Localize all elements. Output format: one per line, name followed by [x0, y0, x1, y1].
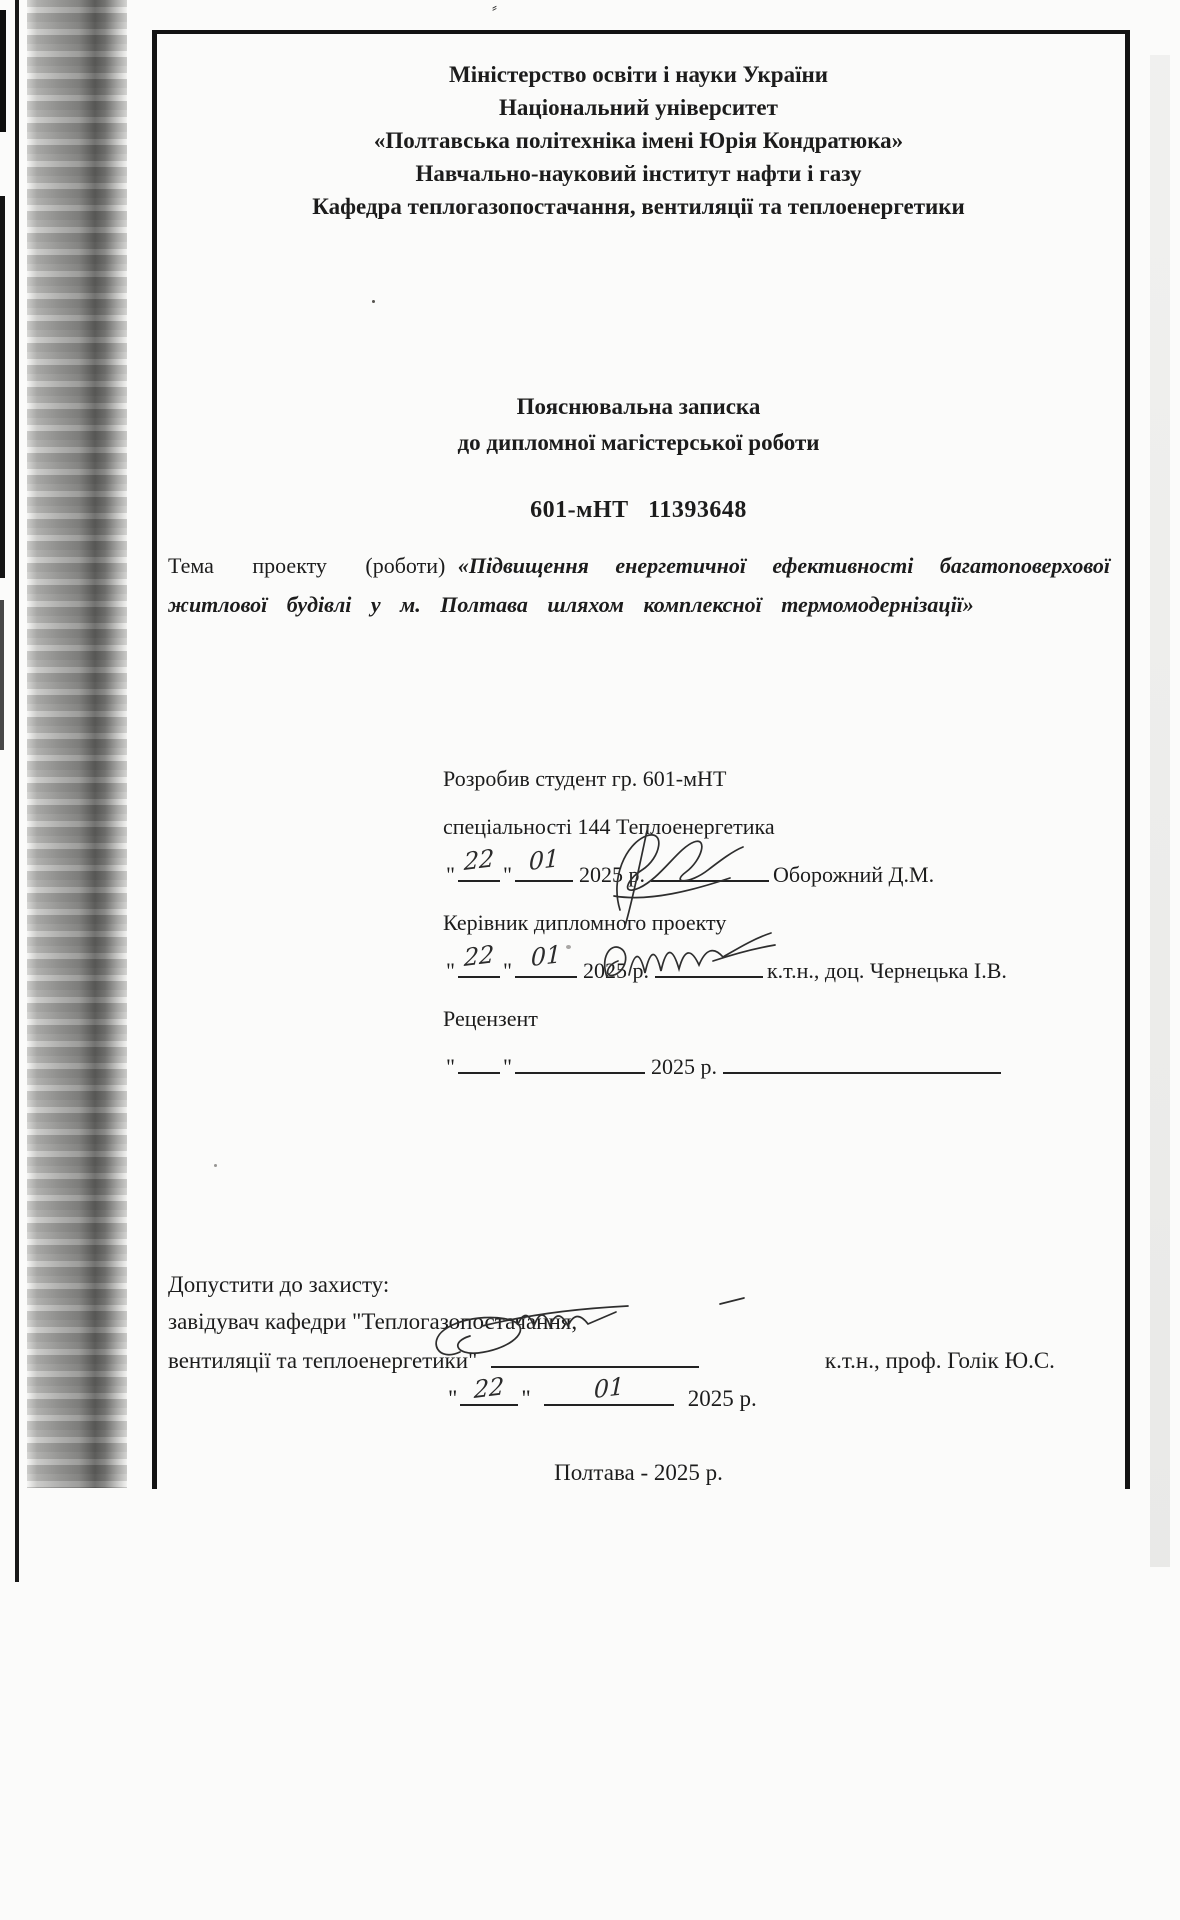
developer-date-line: "22"012025 р.Оборожний Д.М. [443, 851, 1143, 899]
quote-mark: " [443, 862, 458, 887]
thesis-topic: Тема проекту (роботи) «Підвищення енерге… [168, 546, 1110, 624]
quote-mark: " [443, 1054, 458, 1079]
quote-mark: " [500, 1054, 515, 1079]
handwritten-day: 22 [463, 834, 494, 886]
developer-signature [590, 818, 750, 928]
scan-mark: ⸗ [492, 0, 497, 17]
university-line: Національний університет [157, 91, 1120, 124]
scan-edge-artifact [0, 600, 4, 750]
developer-name: Оборожний Д.М. [773, 862, 934, 887]
supervisor-date-line: "22"012025 р.к.т.н., доц. Чернецька І.В. [443, 947, 1143, 995]
topic-label: Тема проекту (роботи) [168, 553, 445, 578]
scan-edge-artifact [0, 196, 5, 578]
scan-right-strip [1150, 55, 1170, 1567]
supervisor-name: к.т.н., доц. Чернецька І.В. [767, 958, 1007, 983]
scan-binding-shadow [27, 0, 127, 1488]
institution-header: Міністерство освіти і науки України Наці… [157, 58, 1120, 223]
year-text: 2025 р. [651, 1054, 717, 1079]
university-name-line: «Полтавська політехніка імені Юрія Кондр… [157, 124, 1120, 157]
document-title-line1: Пояснювальна записка [157, 394, 1120, 420]
department-head-name: к.т.н., проф. Голік Ю.С. [825, 1348, 1055, 1373]
month-blank: 01 [515, 950, 577, 978]
supervisor-signature [595, 925, 780, 997]
scan-edge-artifact [0, 10, 6, 132]
quote-mark: " [500, 958, 515, 983]
month-blank: 01 [515, 854, 573, 882]
day-blank [458, 1046, 500, 1074]
day-blank: 22 [458, 950, 500, 978]
reviewer-signature-blank [723, 1046, 1001, 1074]
institute-line: Навчально-науковий інститут нафти і газу [157, 157, 1120, 190]
reviewer-date-line: ""2025 р. [443, 1043, 1143, 1091]
department-head-signature [420, 1290, 760, 1390]
quote-mark: " [443, 958, 458, 983]
handwritten-month: 01 [528, 834, 559, 886]
scanned-title-page: ⸗ Міністерство освіти і науки України На… [0, 0, 1180, 1920]
quote-mark: " [500, 862, 515, 887]
handwritten-month: 01 [530, 930, 561, 982]
city-year-line: Полтава - 2025 р. [157, 1460, 1120, 1486]
scan-edge-line [15, 0, 19, 1582]
reviewer-role-line: Рецензент [443, 995, 1143, 1043]
department-line: Кафедра теплогазопостачання, вентиляції … [157, 190, 1120, 223]
handwritten-day: 22 [463, 930, 494, 982]
signature-block: Розробив студент гр. 601-мНТ спеціальнос… [443, 755, 1143, 1091]
group-code: 601-мНТ 11393648 [157, 497, 1120, 524]
month-blank [515, 1046, 645, 1074]
ministry-line: Міністерство освіти і науки України [157, 58, 1120, 91]
document-title-line2: до дипломної магістерської роботи [157, 430, 1120, 456]
day-blank: 22 [458, 854, 500, 882]
developer-role-line: Розробив студент гр. 601-мНТ [443, 755, 1143, 803]
